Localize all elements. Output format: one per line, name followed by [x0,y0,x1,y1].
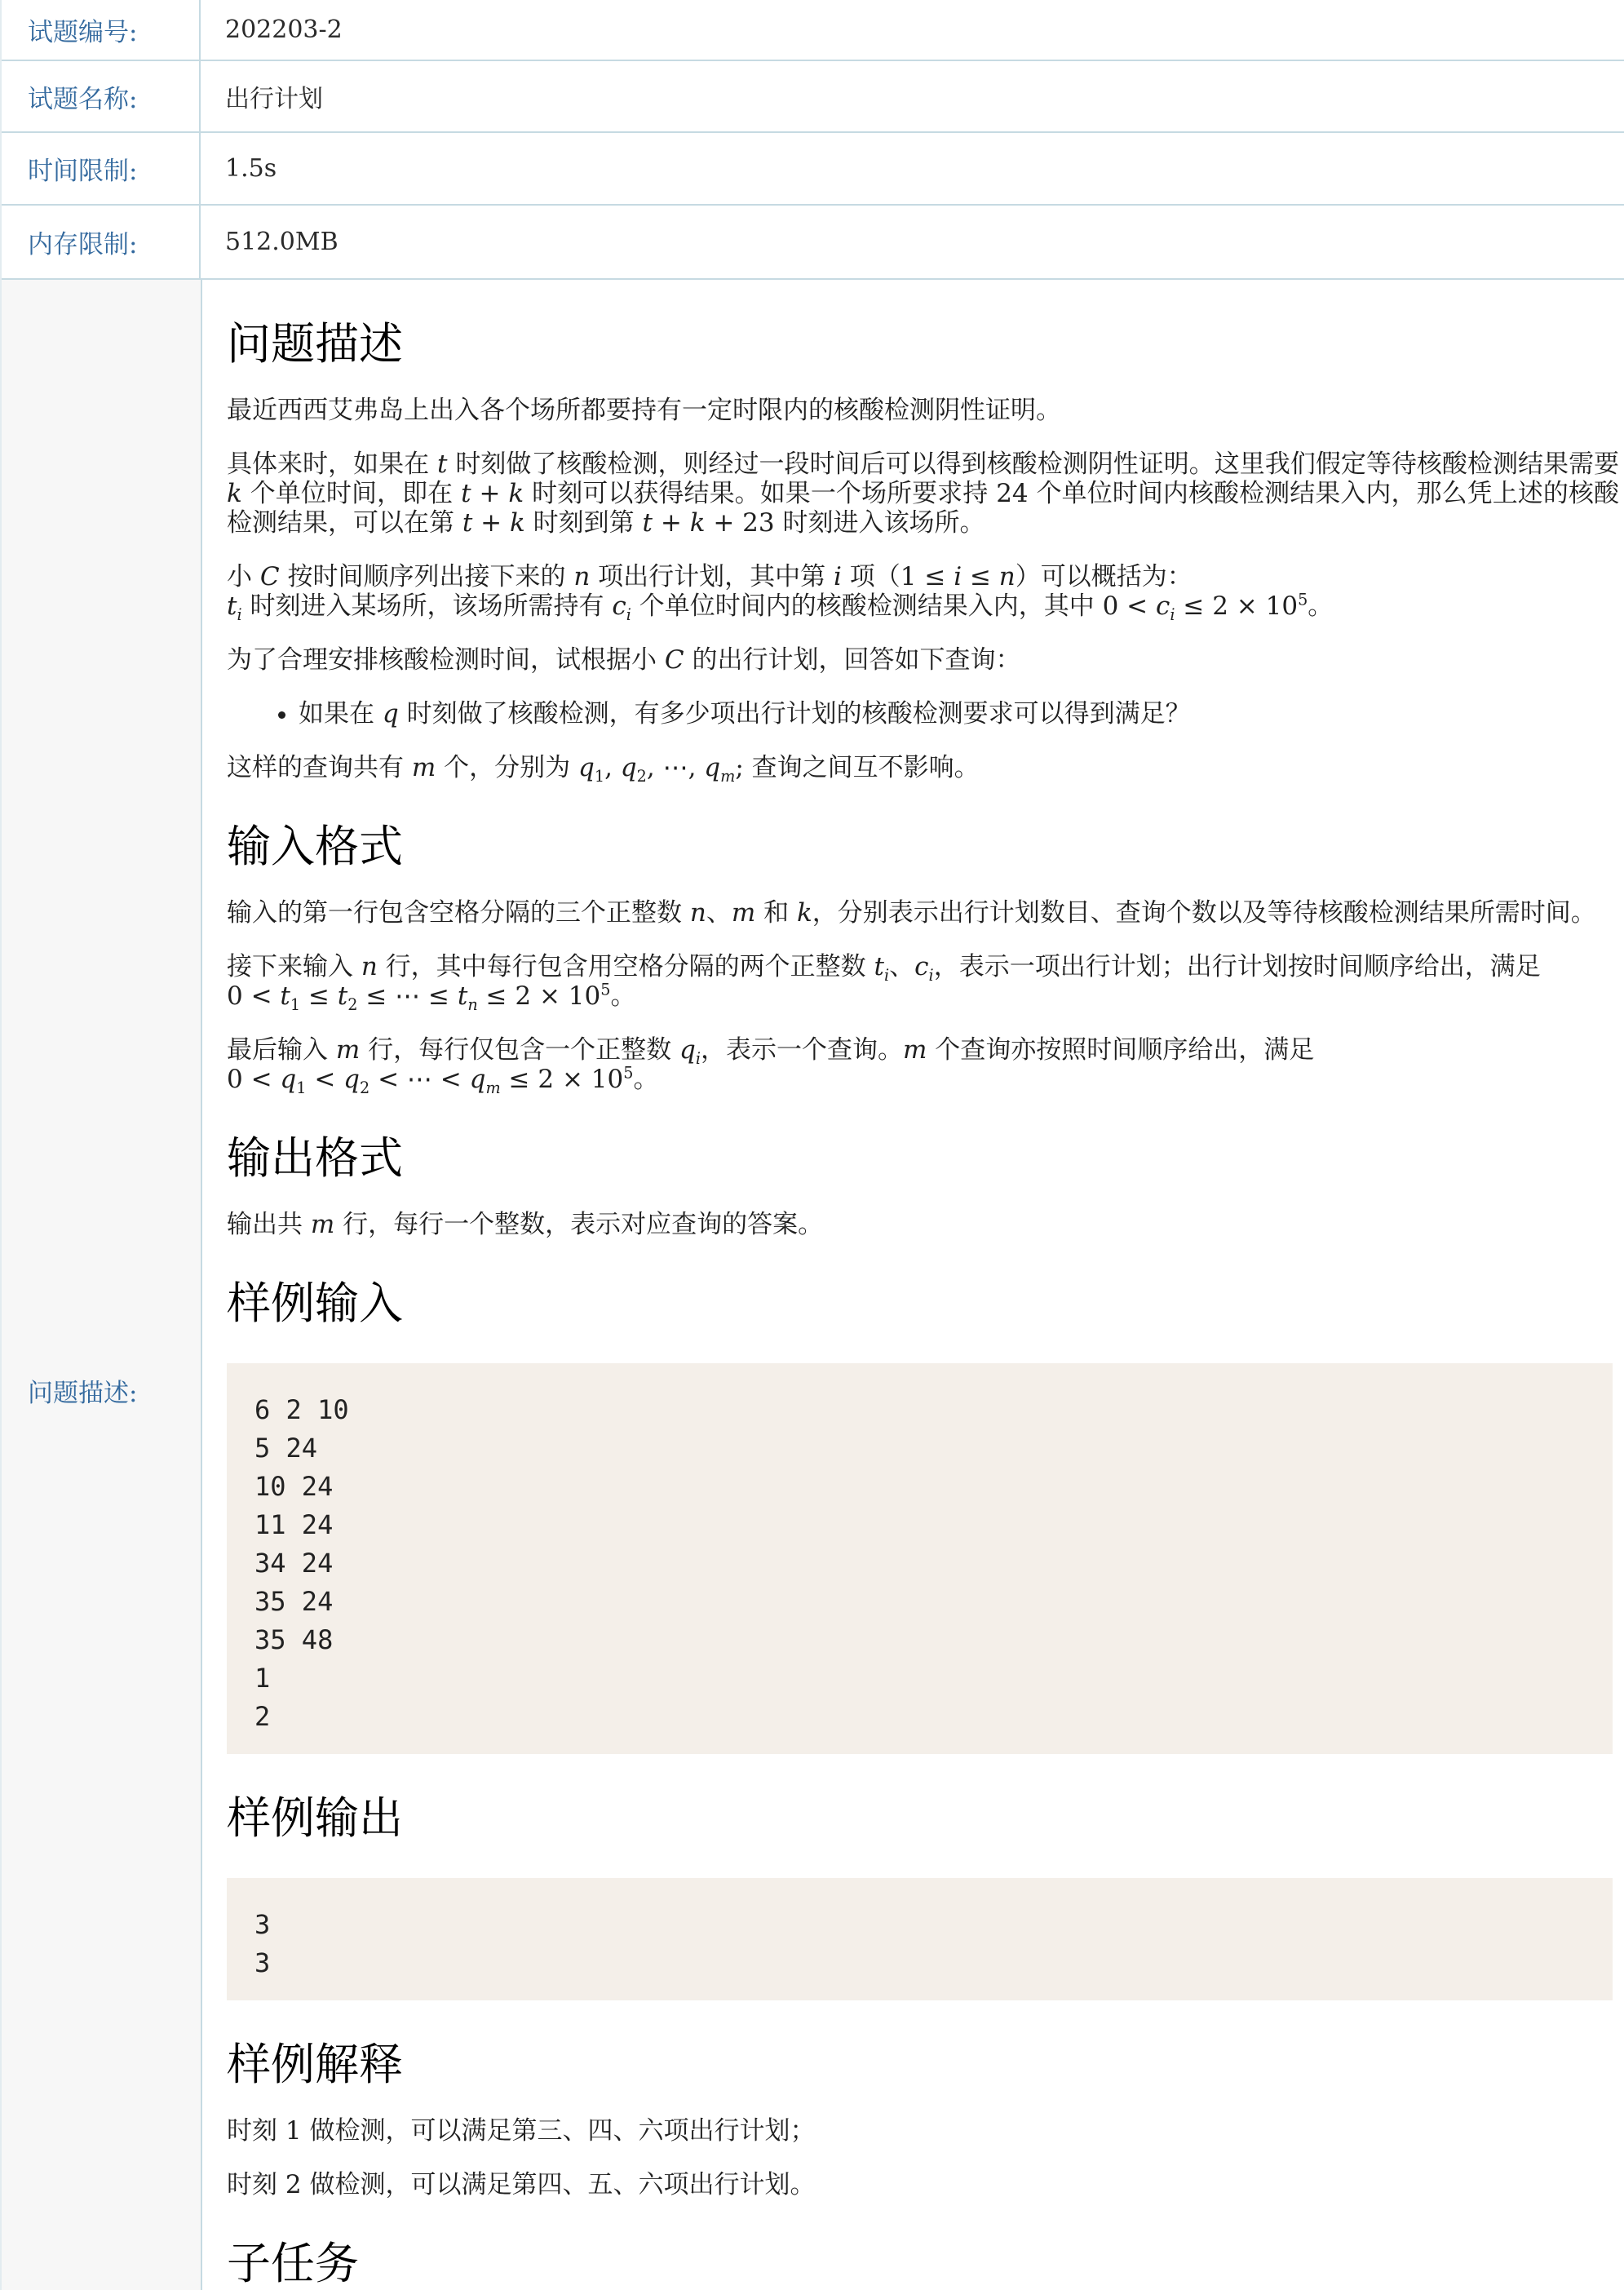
paragraph: 时刻 2 做检测，可以满足第四、五、六项出行计划。 [227,2170,1619,2199]
bullet-list: 如果在 q 时刻做了核酸检测，有多少项出行计划的核酸检测要求可以得到满足？ [227,699,1619,729]
problem-page: 试题编号: 202203-2 试题名称: 出行计划 时间限制: 1.5s 内存限… [0,0,1624,2290]
section-heading: 样例解释 [227,2040,1619,2090]
paragraph: 最后输入 m 行，每行仅包含一个正整数 qi，表示一个查询。m 个查询亦按照时间… [227,1035,1619,1094]
paragraph: 时刻 1 做检测，可以满足第三、四、六项出行计划； [227,2116,1619,2146]
meta-row: 内存限制: 512.0MB [2,206,1624,280]
paragraph: 最近西西艾弗岛上出入各个场所都要持有一定时限内的核酸检测阴性证明。 [227,396,1619,425]
section-heading: 样例输出 [227,1793,1619,1844]
meta-row: 试题编号: 202203-2 [2,0,1624,61]
paragraph: 接下来输入 n 行，其中每行包含用空格分隔的两个正整数 ti、ci，表示一项出行… [227,952,1619,1011]
list-item: 如果在 q 时刻做了核酸检测，有多少项出行计划的核酸检测要求可以得到满足？ [299,699,1619,729]
code-block: 3 3 [227,1878,1613,2000]
code-block: 6 2 10 5 24 10 24 11 24 34 24 35 24 35 4… [227,1363,1613,1754]
paragraph: 输入的第一行包含空格分隔的三个正整数 n、m 和 k，分别表示出行计划数目、查询… [227,898,1619,928]
section-heading: 问题描述 [227,319,1619,370]
paragraph: 这样的查询共有 m 个，分别为 q1, q2, ⋯, qm; 查询之间互不影响。 [227,753,1619,782]
description-sidebar: 问题描述: [2,280,202,2290]
description-row: 问题描述: 问题描述最近西西艾弗岛上出入各个场所都要持有一定时限内的核酸检测阴性… [2,280,1624,2290]
paragraph: 小 C 按时间顺序列出接下来的 n 项出行计划，其中第 i 项（1 ≤ i ≤ … [227,562,1619,621]
problem-meta-table: 试题编号: 202203-2 试题名称: 出行计划 时间限制: 1.5s 内存限… [2,0,1624,280]
section-heading: 输出格式 [227,1133,1619,1184]
meta-label: 内存限制: [2,206,201,278]
meta-value: 512.0MB [201,206,1624,278]
meta-label: 试题编号: [2,0,201,60]
paragraph: 输出共 m 行，每行一个整数，表示对应查询的答案。 [227,1210,1619,1239]
section-heading: 样例输入 [227,1278,1619,1329]
meta-row: 试题名称: 出行计划 [2,61,1624,133]
sidebar-label: 问题描述: [28,1372,137,1409]
paragraph: 具体来时，如果在 t 时刻做了核酸检测，则经过一段时间后可以得到核酸检测阴性证明… [227,450,1619,538]
meta-value: 出行计划 [201,61,1624,131]
meta-row: 时间限制: 1.5s [2,133,1624,206]
section-heading: 输入格式 [227,822,1619,872]
meta-value: 202203-2 [201,0,1624,60]
meta-label: 时间限制: [2,133,201,204]
meta-label: 试题名称: [2,61,201,131]
problem-content: 问题描述最近西西艾弗岛上出入各个场所都要持有一定时限内的核酸检测阴性证明。具体来… [202,280,1624,2290]
section-heading: 子任务 [227,2239,1619,2289]
meta-value: 1.5s [201,133,1624,204]
paragraph: 为了合理安排核酸检测时间，试根据小 C 的出行计划，回答如下查询： [227,645,1619,675]
